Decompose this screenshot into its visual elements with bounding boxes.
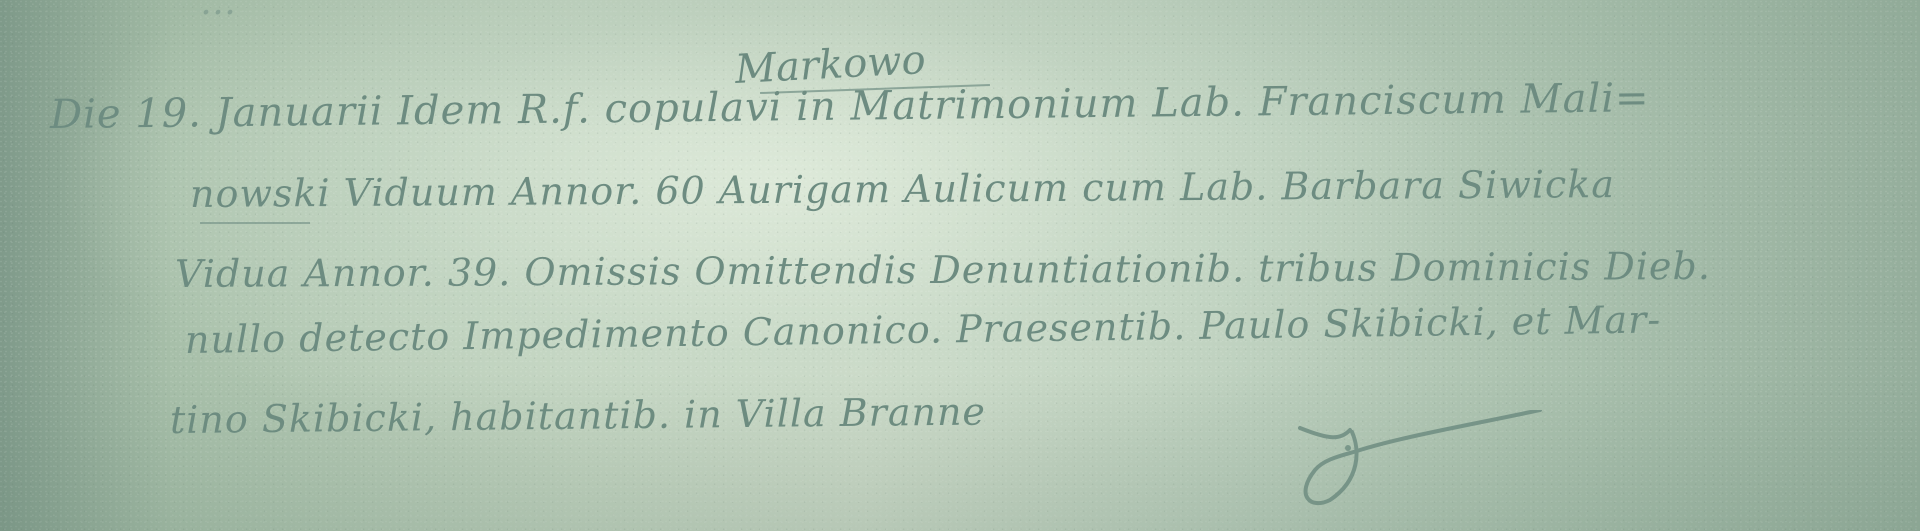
record-line-4: nullo detecto Impedimento Canonico. Prae… <box>185 297 1662 362</box>
record-line-1: Die 19. Januarii Idem R.f. copulavi in M… <box>50 75 1650 138</box>
record-line-5: tino Skibicki, habitantib. in Villa Bran… <box>170 389 986 442</box>
document-page: … Markowo Die 19. Januarii Idem R.f. cop… <box>0 0 1920 531</box>
paraph-flourish-icon <box>1290 410 1550 510</box>
previous-entry-fragment: … <box>200 0 236 23</box>
surname-underline <box>200 222 310 224</box>
record-line-2: nowski Viduum Annor. 60 Aurigam Aulicum … <box>190 162 1615 216</box>
record-line-3: Vidua Annor. 39. Omissis Omittendis Denu… <box>175 244 1711 296</box>
